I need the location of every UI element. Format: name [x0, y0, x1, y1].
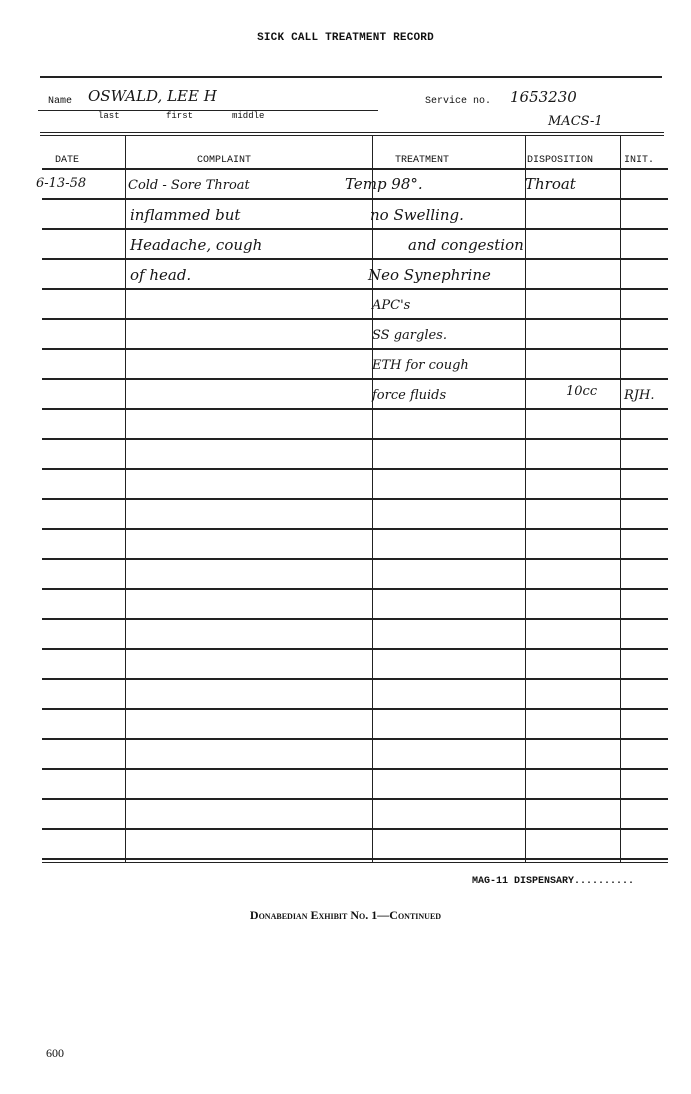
entry-treatment-line-1: Temp 98°.	[345, 175, 423, 193]
table-row-line	[42, 678, 668, 680]
table-row-line	[42, 648, 668, 650]
table-row-line	[42, 198, 668, 200]
page-number: 600	[46, 1046, 64, 1061]
column-header-complaint: COMPLAINT	[197, 155, 251, 166]
entry-complaint-line-3: Headache, cough	[130, 236, 262, 254]
service-value: 1653230	[510, 88, 577, 106]
table-row-line	[42, 348, 668, 350]
name-sublabel-last: last	[98, 111, 120, 121]
entry-initials: RJH.	[624, 388, 654, 403]
name-underline	[38, 110, 378, 111]
table-row-line	[42, 288, 668, 290]
entry-date: 6-13-58	[36, 176, 86, 191]
table-row-line	[42, 528, 668, 530]
table-row-line	[42, 588, 668, 590]
entry-disposition-line-8: 10cc	[566, 384, 597, 399]
table-row-line	[42, 708, 668, 710]
form-title: SICK CALL TREATMENT RECORD	[0, 32, 691, 44]
table-row-line	[42, 498, 668, 500]
entry-complaint-line-1: Cold - Sore Throat	[128, 178, 250, 193]
name-sublabel-middle: middle	[232, 111, 264, 121]
entry-disposition-line-1: Throat	[525, 175, 576, 193]
entry-treatment-line-5: APC's	[372, 298, 410, 313]
table-row-line	[42, 228, 668, 230]
entry-treatment-line-6: SS gargles.	[372, 328, 447, 343]
table-row-line	[42, 378, 668, 380]
table-row-line	[42, 862, 668, 863]
entry-treatment-line-4: Neo Synephrine	[368, 266, 491, 284]
name-label: Name	[48, 96, 72, 107]
header-rule-2	[40, 135, 664, 136]
table-row-line	[42, 168, 668, 170]
dispensary-label: MAG-11 DISPENSARY..........	[472, 876, 634, 887]
entry-treatment-line-7: ETH for cough	[372, 358, 469, 373]
table-row-line	[42, 468, 668, 470]
column-header-treatment: TREATMENT	[395, 155, 449, 166]
entry-treatment-line-2: no Swelling.	[370, 206, 464, 224]
table-row-line	[42, 408, 668, 410]
name-value: OSWALD, LEE H	[88, 87, 217, 105]
table-row-line	[42, 258, 668, 260]
column-header-initials: INIT.	[624, 155, 654, 166]
table-row-line	[42, 858, 668, 860]
entry-complaint-line-4: of head.	[130, 266, 191, 284]
entry-treatment-line-3: and congestion	[408, 236, 524, 254]
column-header-disposition: DISPOSITION	[527, 155, 593, 166]
table-row-line	[42, 438, 668, 440]
exhibit-caption: Donabedian Exhibit No. 1—Continued	[0, 908, 691, 923]
table-row-line	[42, 618, 668, 620]
table-row-line	[42, 738, 668, 740]
column-header-date: DATE	[55, 155, 79, 166]
entry-complaint-line-2: inflammed but	[130, 206, 240, 224]
name-sublabel-first: first	[166, 111, 193, 121]
table-row-line	[42, 828, 668, 830]
top-rule	[40, 76, 662, 78]
header-rule-1	[40, 132, 664, 133]
table-row-line	[42, 558, 668, 560]
service-label: Service no.	[425, 96, 491, 107]
table-row-line	[42, 798, 668, 800]
entry-treatment-line-8: force fluids	[372, 388, 446, 403]
table-row-line	[42, 318, 668, 320]
unit-value: MACS-1	[548, 114, 603, 129]
table-row-line	[42, 768, 668, 770]
